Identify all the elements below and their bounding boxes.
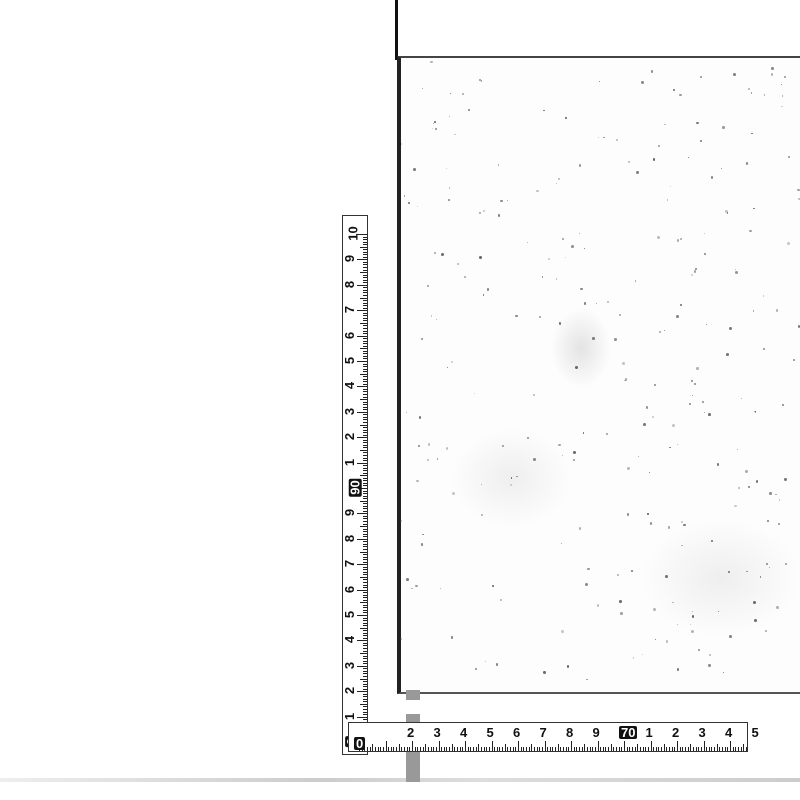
- scan-speck: [579, 164, 581, 166]
- ruler-tick: [363, 328, 367, 329]
- scan-speck: [485, 661, 486, 662]
- scan-speck: [782, 95, 783, 96]
- scan-speck: [573, 451, 576, 454]
- scan-speck: [748, 486, 750, 488]
- ruler-tick: [363, 384, 367, 385]
- ruler-tick: [674, 747, 675, 751]
- ruler-tick: [672, 747, 673, 751]
- ruler-tick: [363, 686, 367, 687]
- ruler-tick: [363, 536, 367, 537]
- scan-speck: [741, 398, 742, 399]
- ruler-tick: [658, 747, 659, 751]
- ruler-tick: [399, 744, 400, 751]
- ruler-tick: [363, 394, 367, 395]
- ruler-tick: [704, 741, 705, 751]
- ruler-tick: [635, 747, 636, 751]
- ruler-tick: [363, 478, 367, 479]
- ruler-tick: [363, 351, 367, 352]
- ruler-tick: [363, 661, 367, 662]
- ruler-tick: [363, 417, 367, 418]
- ruler-tick: [363, 338, 367, 339]
- scan-speck: [436, 319, 437, 320]
- ruler-label: 2: [343, 687, 356, 694]
- ruler-tick: [363, 318, 367, 319]
- ruler-tick: [363, 435, 367, 436]
- scan-speck: [620, 612, 623, 615]
- ruler-tick: [574, 747, 575, 751]
- scan-speck: [672, 424, 675, 427]
- scan-speck: [654, 384, 656, 386]
- scan-speck: [452, 492, 455, 495]
- ruler-tick: [363, 531, 367, 532]
- ruler-tick: [584, 744, 585, 751]
- scan-speck: [603, 137, 604, 138]
- ruler-tick: [375, 747, 376, 751]
- scan-speck: [709, 654, 711, 656]
- ruler-tick: [363, 569, 367, 570]
- ruler-tick: [627, 747, 628, 751]
- ruler-tick: [436, 747, 437, 751]
- scan-speck: [427, 459, 429, 461]
- scan-speck: [598, 137, 599, 138]
- scan-speck: [676, 315, 679, 318]
- ruler-tick: [709, 747, 710, 751]
- scan-speck: [483, 294, 484, 295]
- ruler-tick: [363, 506, 367, 507]
- scan-speck: [413, 168, 416, 171]
- ruler-tick: [363, 267, 367, 268]
- scan-speck: [580, 288, 583, 291]
- ruler-tick: [711, 747, 712, 751]
- ruler-tick: [513, 747, 514, 751]
- ruler-tick: [360, 323, 367, 324]
- scan-speck: [400, 520, 402, 522]
- ruler-tick: [360, 628, 367, 629]
- ruler-tick: [476, 747, 477, 751]
- ruler-tick: [363, 503, 367, 504]
- ruler-tick: [363, 346, 367, 347]
- ruler-tick: [363, 257, 367, 258]
- ruler-tick: [363, 595, 367, 596]
- ruler-tick: [363, 612, 367, 613]
- ruler-tick: [568, 747, 569, 751]
- scan-speck: [691, 630, 694, 633]
- ruler-tick: [714, 747, 715, 751]
- scan-speck: [434, 121, 436, 123]
- ruler-tick: [582, 747, 583, 751]
- ruler-tick: [696, 747, 697, 751]
- ruler-tick: [363, 455, 367, 456]
- ruler-label: 5: [487, 726, 494, 739]
- scan-speck: [418, 445, 419, 446]
- scan-speck: [573, 459, 575, 461]
- scan-speck: [451, 636, 453, 638]
- ruler-tick: [360, 552, 367, 553]
- scan-speck: [667, 199, 669, 201]
- ruler-tick: [425, 744, 426, 751]
- scan-speck: [689, 403, 690, 404]
- scan-speck: [664, 330, 665, 331]
- ruler-label: 9: [343, 255, 356, 262]
- ruler-tick: [360, 298, 367, 299]
- ruler-label: 70: [619, 726, 637, 739]
- ruler-tick: [357, 285, 367, 286]
- scan-speck: [400, 638, 402, 640]
- scan-speck: [769, 492, 771, 494]
- ruler-tick: [363, 485, 367, 486]
- ruler-tick: [363, 671, 367, 672]
- ruler-tick: [632, 747, 633, 751]
- ruler-tick: [363, 663, 367, 664]
- ruler-tick: [363, 658, 367, 659]
- scan-speck: [406, 412, 407, 413]
- ruler-tick: [643, 747, 644, 751]
- ruler-tick: [363, 369, 367, 370]
- ruler-tick: [363, 605, 367, 606]
- scan-speck: [619, 314, 621, 316]
- ruler-tick: [357, 691, 367, 692]
- scan-speck: [579, 527, 581, 529]
- ruler-tick: [363, 579, 367, 580]
- scan-speck: [502, 445, 504, 447]
- ruler-label: 6: [513, 726, 520, 739]
- ruler-tick: [497, 747, 498, 751]
- ruler-tick: [441, 747, 442, 751]
- ruler-tick: [363, 480, 367, 481]
- ruler-tick: [363, 572, 367, 573]
- ruler-tick: [363, 712, 367, 713]
- ruler-tick: [363, 699, 367, 700]
- scan-speck: [427, 285, 429, 287]
- ruler-label: 3: [699, 726, 706, 739]
- scan-speck: [771, 67, 774, 70]
- ruler-tick: [653, 747, 654, 751]
- ruler-tick: [489, 747, 490, 751]
- ruler-tick: [360, 501, 367, 502]
- ruler-tick: [357, 640, 367, 641]
- ruler-tick: [363, 511, 367, 512]
- ruler-tick: [363, 397, 367, 398]
- ruler-tick: [383, 747, 384, 751]
- ruler-tick: [621, 747, 622, 751]
- ruler-label: 1: [343, 712, 356, 719]
- ruler-tick: [363, 521, 367, 522]
- ruler-tick: [360, 399, 367, 400]
- scan-speck: [771, 73, 774, 76]
- ruler-label: 1: [646, 726, 653, 739]
- ruler-tick: [357, 259, 367, 260]
- scan-speck: [666, 640, 668, 642]
- ruler-tick: [680, 747, 681, 751]
- ruler-tick: [360, 679, 367, 680]
- ruler-tick: [357, 463, 367, 464]
- ruler-tick: [363, 574, 367, 575]
- scan-speck: [561, 630, 564, 633]
- scan-speck: [527, 437, 529, 439]
- ruler-tick: [363, 379, 367, 380]
- scan-speck: [539, 316, 541, 318]
- ruler-tick: [363, 452, 367, 453]
- ruler-tick: [473, 747, 474, 751]
- ruler-tick: [363, 567, 367, 568]
- ruler-tick: [363, 607, 367, 608]
- ruler-tick: [363, 559, 367, 560]
- scan-speck: [708, 664, 710, 666]
- ruler-tick: [507, 747, 508, 751]
- scan-speck: [533, 458, 536, 461]
- ruler-tick: [363, 684, 367, 685]
- ruler-tick: [637, 744, 638, 751]
- scan-speck: [500, 200, 502, 202]
- ruler-tick: [592, 747, 593, 751]
- scan-speck: [430, 61, 432, 63]
- ruler-tick: [619, 747, 620, 751]
- ruler-label: 90: [349, 478, 362, 496]
- ruler-tick: [363, 645, 367, 646]
- scan-speck: [479, 212, 481, 214]
- scan-speck: [734, 505, 737, 508]
- ruler-tick: [560, 747, 561, 751]
- ruler-tick: [722, 747, 723, 751]
- scan-speck: [708, 413, 711, 416]
- ruler-tick: [360, 602, 367, 603]
- ruler-label: 3: [434, 726, 441, 739]
- ruler-tick: [645, 747, 646, 751]
- ruler-tick: [363, 381, 367, 382]
- ruler-tick: [363, 445, 367, 446]
- scan-speck: [726, 353, 729, 356]
- ruler-tick: [357, 412, 367, 413]
- scan-speck: [585, 583, 588, 586]
- ruler-label: 6: [343, 585, 356, 592]
- ruler-tick: [664, 744, 665, 751]
- scan-speck: [717, 463, 719, 465]
- ruler-tick: [502, 747, 503, 751]
- ruler-tick: [363, 389, 367, 390]
- scan-speck: [565, 117, 566, 118]
- scan-speck: [722, 126, 725, 129]
- ruler-tick: [363, 541, 367, 542]
- ruler-tick: [363, 562, 367, 563]
- ruler-tick: [542, 747, 543, 751]
- scan-speck: [421, 543, 423, 545]
- ruler-tick: [360, 577, 367, 578]
- scan-speck: [457, 263, 459, 265]
- scan-speck: [587, 568, 589, 570]
- ruler-tick: [446, 747, 447, 751]
- ruler-label: 8: [343, 535, 356, 542]
- ruler-tick: [396, 747, 397, 751]
- scan-bottom-edge: [0, 778, 800, 782]
- ruler-tick: [545, 741, 546, 751]
- ruler-tick: [363, 491, 367, 492]
- ruler-tick: [363, 313, 367, 314]
- ruler-tick: [685, 747, 686, 751]
- ruler-tick: [363, 239, 367, 240]
- scan-speck: [647, 513, 648, 514]
- ruler-tick: [363, 249, 367, 250]
- ruler-tick: [357, 539, 367, 540]
- ruler-tick: [462, 747, 463, 751]
- ruler-tick: [363, 546, 367, 547]
- ruler-tick: [534, 747, 535, 751]
- ruler-tick: [433, 747, 434, 751]
- scan-speck: [677, 668, 680, 671]
- ruler-tick: [499, 747, 500, 751]
- ruler-tick: [363, 414, 367, 415]
- scan-speck: [636, 171, 639, 174]
- ruler-tick: [363, 709, 367, 710]
- ruler-label: 3: [343, 662, 356, 669]
- ruler-tick: [363, 701, 367, 702]
- ruler-tick: [363, 460, 367, 461]
- ruler-label: 4: [343, 636, 356, 643]
- scan-speck: [673, 89, 675, 91]
- scan-speck: [542, 276, 543, 277]
- ruler-tick: [363, 287, 367, 288]
- ruler-tick: [363, 391, 367, 392]
- scan-speck: [760, 576, 762, 578]
- ruler-tick: [598, 741, 599, 751]
- ruler-tick: [648, 747, 649, 751]
- ruler-tick: [521, 747, 522, 751]
- ruler-tick: [363, 407, 367, 408]
- ruler-tick: [363, 366, 367, 367]
- scan-speck: [548, 258, 550, 260]
- ruler-tick: [357, 717, 367, 718]
- ruler-label: 2: [672, 726, 679, 739]
- ruler-label: 4: [343, 382, 356, 389]
- ruler-tick: [363, 422, 367, 423]
- ruler-tick: [363, 432, 367, 433]
- ruler-tick: [363, 585, 367, 586]
- scan-speck: [633, 657, 635, 659]
- scan-speck: [679, 94, 681, 96]
- scan-speck: [592, 337, 595, 340]
- scan-speck: [536, 190, 538, 192]
- scan-speck: [627, 513, 629, 515]
- ruler-tick: [363, 356, 367, 357]
- ruler-tick: [701, 747, 702, 751]
- ruler-tick: [616, 747, 617, 751]
- ruler-tick: [363, 493, 367, 494]
- ruler-tick: [357, 513, 367, 514]
- scan-speck: [729, 635, 732, 638]
- ruler-tick: [363, 320, 367, 321]
- scan-speck: [696, 367, 698, 369]
- ruler-tick: [605, 747, 606, 751]
- scan-speck: [681, 545, 683, 547]
- ruler-tick: [363, 719, 367, 720]
- ruler-tick: [526, 747, 527, 751]
- ruler-label: 2: [407, 726, 414, 739]
- ruler-tick: [412, 741, 413, 751]
- ruler-tick: [393, 747, 394, 751]
- ruler-tick: [363, 358, 367, 359]
- ruler-label: 7: [343, 560, 356, 567]
- ruler-tick: [363, 638, 367, 639]
- scan-speck: [404, 195, 405, 196]
- scan-speck: [653, 608, 656, 611]
- ruler-tick: [735, 747, 736, 751]
- ruler-tick: [537, 747, 538, 751]
- ruler-tick: [688, 747, 689, 751]
- scan-speck: [411, 588, 412, 589]
- ruler-tick: [363, 518, 367, 519]
- scan-speck: [468, 109, 470, 111]
- ruler-tick: [363, 516, 367, 517]
- ruler-tick: [563, 747, 564, 751]
- scan-speck: [556, 183, 557, 184]
- ruler-label: 7: [343, 306, 356, 313]
- ruler-tick: [357, 615, 367, 616]
- ruler-tick: [486, 747, 487, 751]
- scan-speck: [441, 253, 444, 256]
- scan-speck: [691, 380, 693, 382]
- ruler-tick: [363, 353, 367, 354]
- ruler-tick: [363, 600, 367, 601]
- scan-speck: [784, 478, 786, 480]
- ruler-tick: [698, 747, 699, 751]
- scan-speck: [668, 526, 671, 529]
- ruler-tick: [669, 747, 670, 751]
- ruler-tick: [363, 252, 367, 253]
- ruler-tick: [363, 483, 367, 484]
- ruler-tick: [363, 295, 367, 296]
- ruler-tick: [363, 534, 367, 535]
- ruler-tick: [656, 747, 657, 751]
- ruler-label: 9: [343, 509, 356, 516]
- scan-speck: [793, 359, 795, 361]
- ruler-tick: [363, 282, 367, 283]
- ruler-tick: [481, 747, 482, 751]
- scan-speck: [628, 161, 629, 162]
- ruler-tick: [363, 427, 367, 428]
- ruler-tick: [363, 275, 367, 276]
- ruler-tick: [363, 694, 367, 695]
- ruler-tick: [363, 689, 367, 690]
- scan-speck: [651, 70, 654, 73]
- ruler-tick: [357, 590, 367, 591]
- ruler-tick: [420, 747, 421, 751]
- scanned-document-page: [397, 56, 800, 694]
- ruler-tick: [363, 315, 367, 316]
- ruler-tick: [363, 529, 367, 530]
- ruler-label: 10: [347, 226, 360, 240]
- ruler-tick: [363, 597, 367, 598]
- ruler-tick: [357, 361, 367, 362]
- ruler-tick: [363, 254, 367, 255]
- ruler-tick: [363, 305, 367, 306]
- scan-speck: [778, 523, 780, 525]
- scan-speck: [765, 630, 767, 632]
- ruler-tick: [452, 744, 453, 751]
- ruler-label: 8: [566, 726, 573, 739]
- scan-speck: [655, 639, 656, 640]
- ruler-tick: [717, 744, 718, 751]
- ruler-tick: [363, 696, 367, 697]
- ruler-tick: [457, 747, 458, 751]
- ruler-tick: [444, 747, 445, 751]
- ruler-tick: [363, 656, 367, 657]
- ruler-tick: [363, 341, 367, 342]
- ruler-label: 3: [343, 408, 356, 415]
- ruler-tick: [360, 653, 367, 654]
- ruler-tick: [363, 623, 367, 624]
- ruler-tick: [363, 364, 367, 365]
- ruler-tick: [357, 310, 367, 311]
- ruler-tick: [360, 704, 367, 705]
